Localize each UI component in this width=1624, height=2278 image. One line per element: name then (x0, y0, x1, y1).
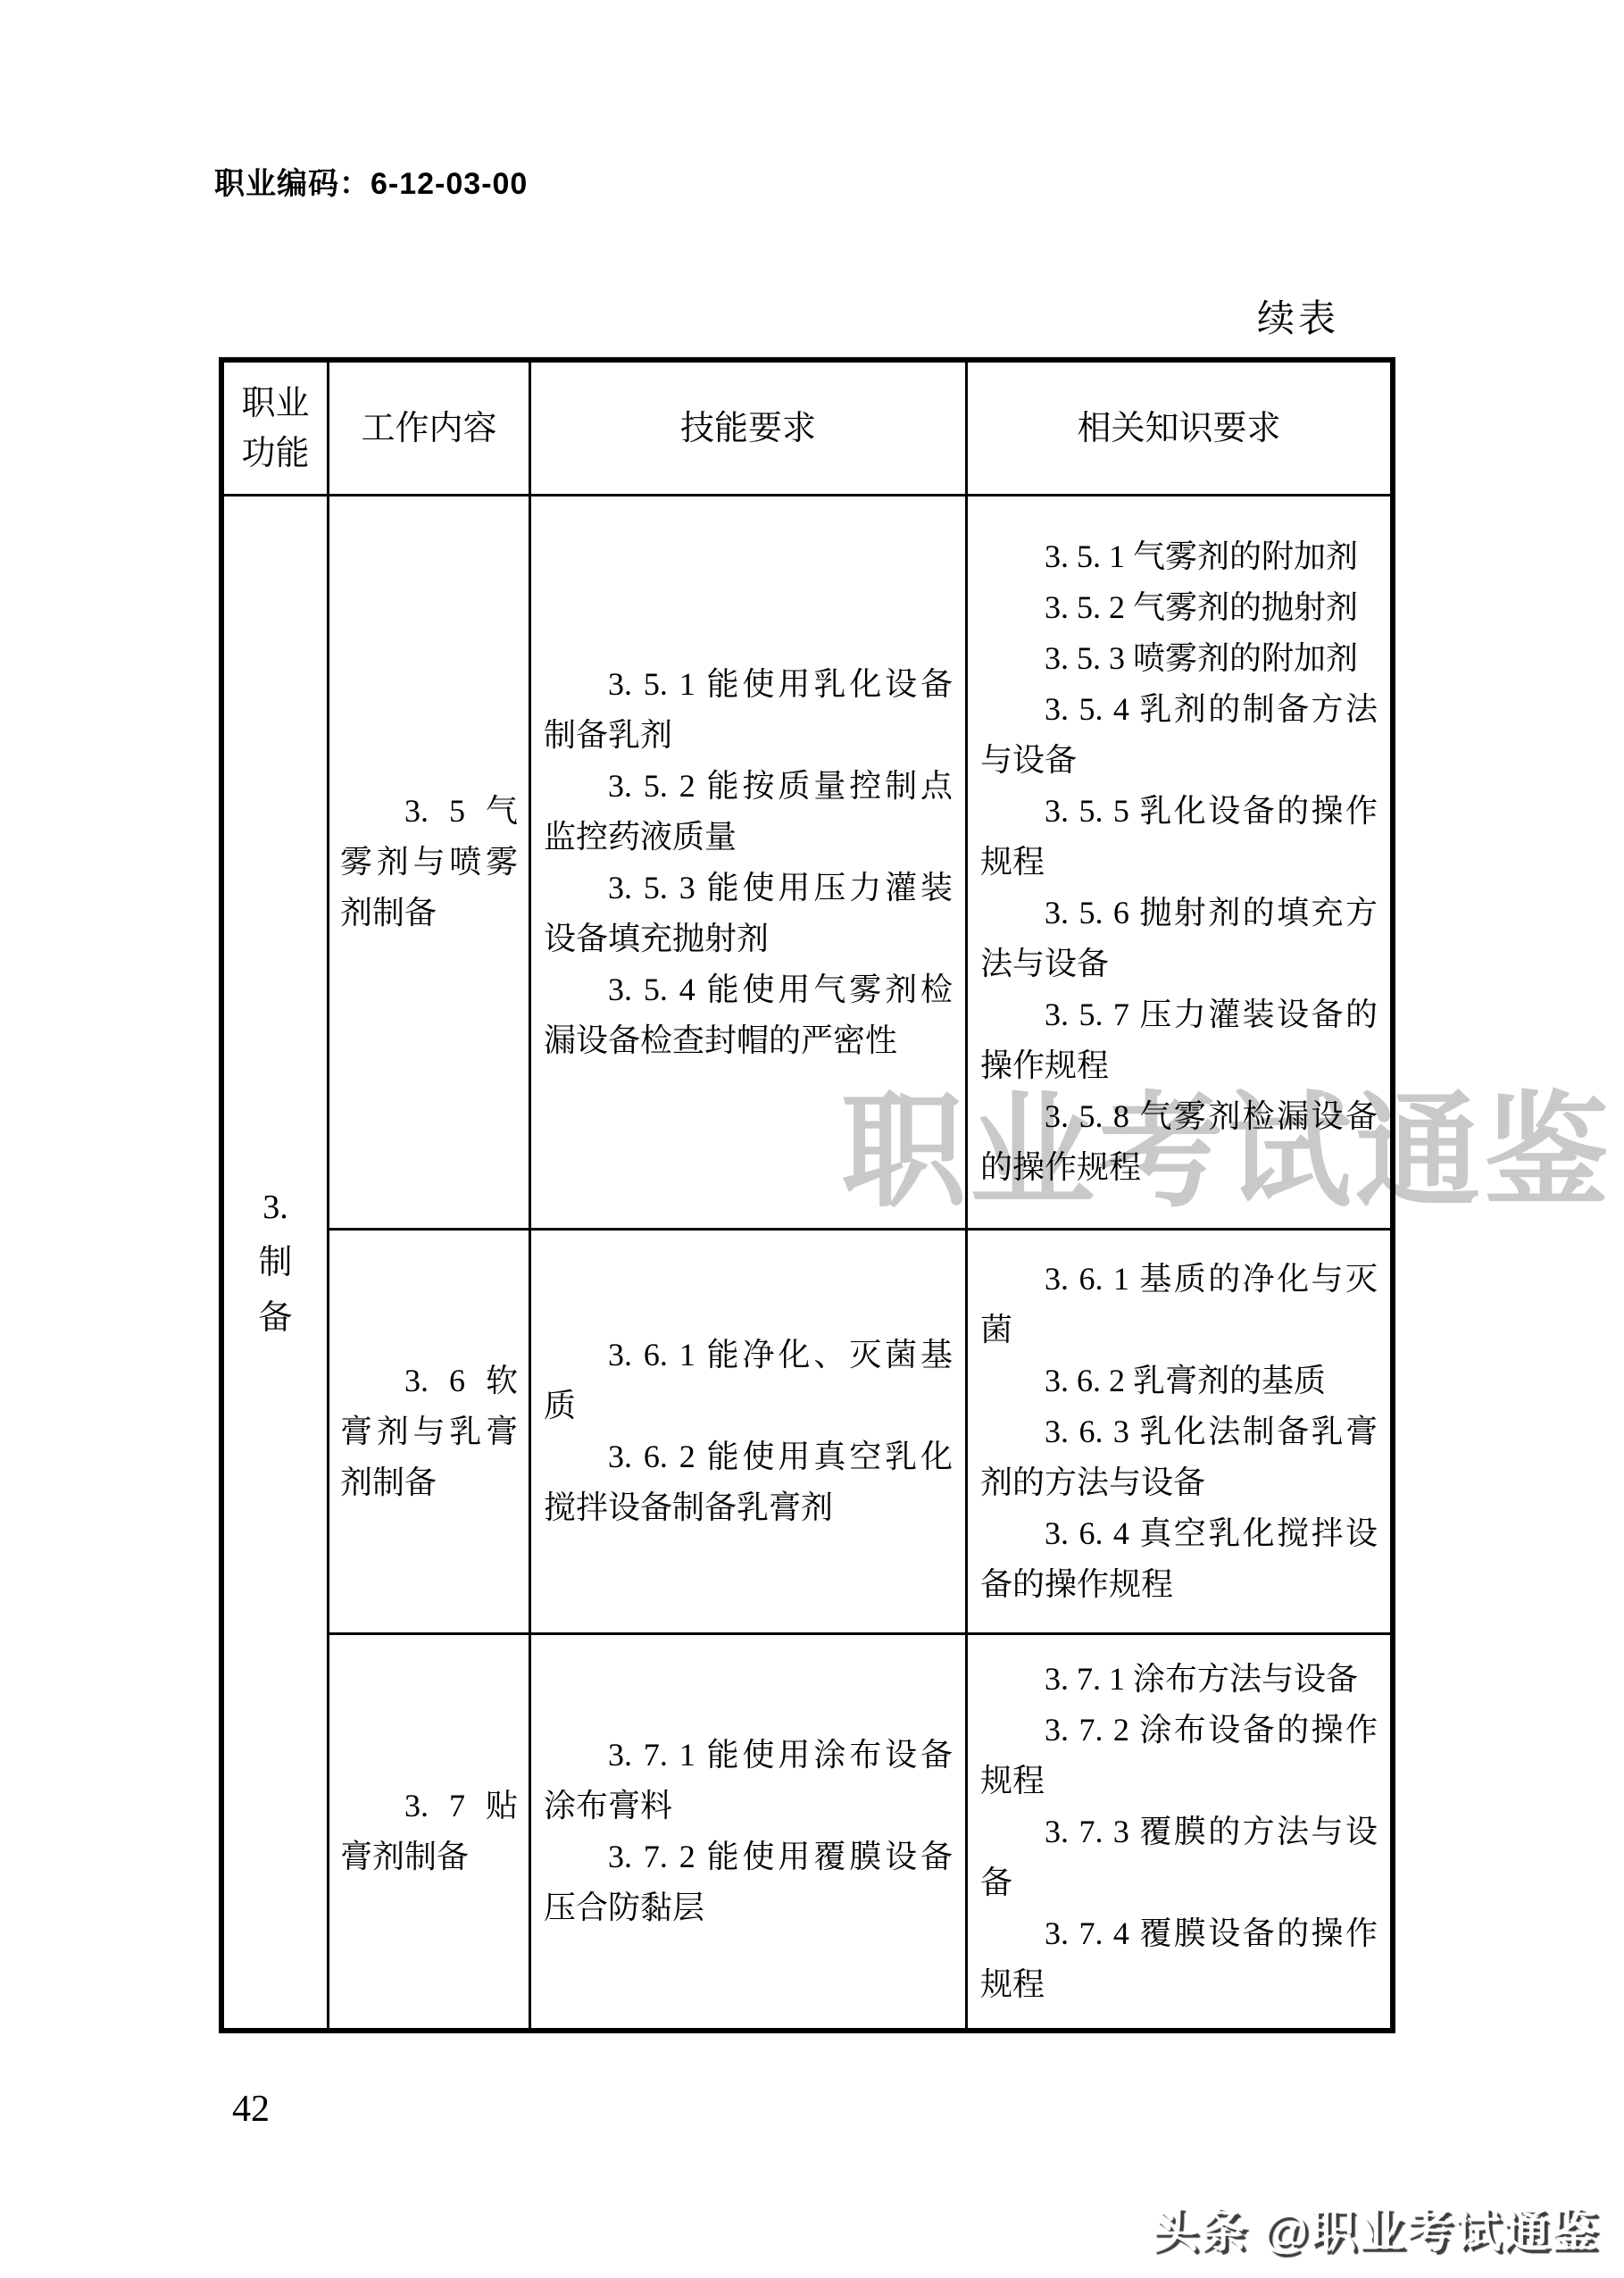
continued-table-label: 续表 (1257, 289, 1339, 343)
work-cell-3-5: 3. 5 气雾剂与喷雾剂制备 (329, 496, 531, 1231)
work-text: 3. 6 软膏剂与乳膏剂制备 (340, 1356, 518, 1508)
function-char-2: 备 (258, 1290, 292, 1346)
knowledge-item: 3. 5. 1 气雾剂的附加剂 (980, 531, 1378, 582)
knowledge-item: 3. 7. 1 涂布方法与设备 (980, 1654, 1378, 1705)
work-cell-3-7: 3. 7 贴膏剂制备 (329, 1635, 531, 2028)
skill-item: 3. 5. 2 能按质量控制点监控药液质量 (544, 761, 953, 863)
knowledge-item: 3. 7. 3 覆膜的方法与设备 (980, 1807, 1378, 1908)
header-work-content: 工作内容 (329, 363, 531, 496)
skill-item: 3. 6. 2 能使用真空乳化搅拌设备制备乳膏剂 (544, 1431, 953, 1533)
knowledge-item: 3. 5. 2 气雾剂的抛射剂 (980, 582, 1378, 633)
header-knowledge-requirements: 相关知识要求 (968, 363, 1390, 496)
knowledge-item: 3. 7. 2 涂布设备的操作规程 (980, 1705, 1378, 1807)
knowledge-item: 3. 5. 8 气雾剂检漏设备的操作规程 (980, 1091, 1378, 1193)
work-cell-3-6: 3. 6 软膏剂与乳膏剂制备 (329, 1231, 531, 1635)
skill-item: 3. 7. 1 能使用涂布设备涂布膏料 (544, 1730, 953, 1832)
skill-item: 3. 7. 2 能使用覆膜设备压合防黏层 (544, 1832, 953, 1933)
knowledge-item: 3. 5. 6 抛射剂的填充方法与设备 (980, 888, 1378, 989)
knowledge-item: 3. 5. 3 喷雾剂的附加剂 (980, 633, 1378, 684)
work-text: 3. 7 贴膏剂制备 (340, 1781, 518, 1882)
knowledge-cell-3-7: 3. 7. 1 涂布方法与设备 3. 7. 2 涂布设备的操作规程 3. 7. … (968, 1635, 1390, 2028)
knowledge-item: 3. 6. 4 真空乳化搅拌设备的操作规程 (980, 1508, 1378, 1610)
knowledge-cell-3-6: 3. 6. 1 基质的净化与灭菌 3. 6. 2 乳膏剂的基质 3. 6. 3 … (968, 1231, 1390, 1635)
skills-cell-3-6: 3. 6. 1 能净化、灭菌基质 3. 6. 2 能使用真空乳化搅拌设备制备乳膏… (531, 1231, 968, 1635)
header-function-line1: 职业 (241, 379, 309, 429)
occupational-standard-table: 职业 功能 工作内容 技能要求 相关知识要求 3. 制 备 3. 5 气雾剂与喷… (219, 357, 1395, 2033)
header-knowledge-requirements-label: 相关知识要求 (1077, 404, 1280, 454)
occupation-code-label: 职业编码：6-12-03-00 (214, 159, 528, 203)
header-function: 职业 功能 (224, 363, 329, 496)
knowledge-item: 3. 5. 5 乳化设备的操作规程 (980, 786, 1378, 888)
skills-cell-3-5: 3. 5. 1 能使用乳化设备制备乳剂 3. 5. 2 能按质量控制点监控药液质… (531, 496, 968, 1231)
function-number: 3. (262, 1180, 288, 1235)
footer-watermark: 头条 @职业考试通鉴 (1152, 2193, 1599, 2260)
skills-cell-3-7: 3. 7. 1 能使用涂布设备涂布膏料 3. 7. 2 能使用覆膜设备压合防黏层 (531, 1635, 968, 2028)
function-char-1: 制 (258, 1235, 292, 1290)
knowledge-item: 3. 6. 2 乳膏剂的基质 (980, 1356, 1378, 1406)
header-skill-requirements-label: 技能要求 (680, 404, 816, 454)
knowledge-item: 3. 6. 3 乳化法制备乳膏剂的方法与设备 (980, 1406, 1378, 1508)
knowledge-item: 3. 6. 1 基质的净化与灭菌 (980, 1254, 1378, 1356)
skill-item: 3. 5. 3 能使用压力灌装设备填充抛射剂 (544, 863, 953, 964)
function-cell: 3. 制 备 (224, 496, 329, 2028)
skill-item: 3. 5. 1 能使用乳化设备制备乳剂 (544, 659, 953, 761)
skill-item: 3. 5. 4 能使用气雾剂检漏设备检查封帽的严密性 (544, 964, 953, 1066)
knowledge-item: 3. 5. 7 压力灌装设备的操作规程 (980, 989, 1378, 1091)
knowledge-item: 3. 7. 4 覆膜设备的操作规程 (980, 1908, 1378, 2010)
page-number: 42 (232, 2088, 270, 2131)
header-function-line2: 功能 (241, 429, 309, 479)
header-work-content-label: 工作内容 (361, 404, 496, 454)
document-page: 职业编码：6-12-03-00 续表 职业考试通鉴 职业 功能 工作内容 技能要… (0, 0, 1624, 2278)
work-text: 3. 5 气雾剂与喷雾剂制备 (340, 786, 518, 939)
skill-item: 3. 6. 1 能净化、灭菌基质 (544, 1330, 953, 1431)
knowledge-item: 3. 5. 4 乳剂的制备方法与设备 (980, 684, 1378, 786)
knowledge-cell-3-5: 3. 5. 1 气雾剂的附加剂 3. 5. 2 气雾剂的抛射剂 3. 5. 3 … (968, 496, 1390, 1231)
header-skill-requirements: 技能要求 (531, 363, 968, 496)
